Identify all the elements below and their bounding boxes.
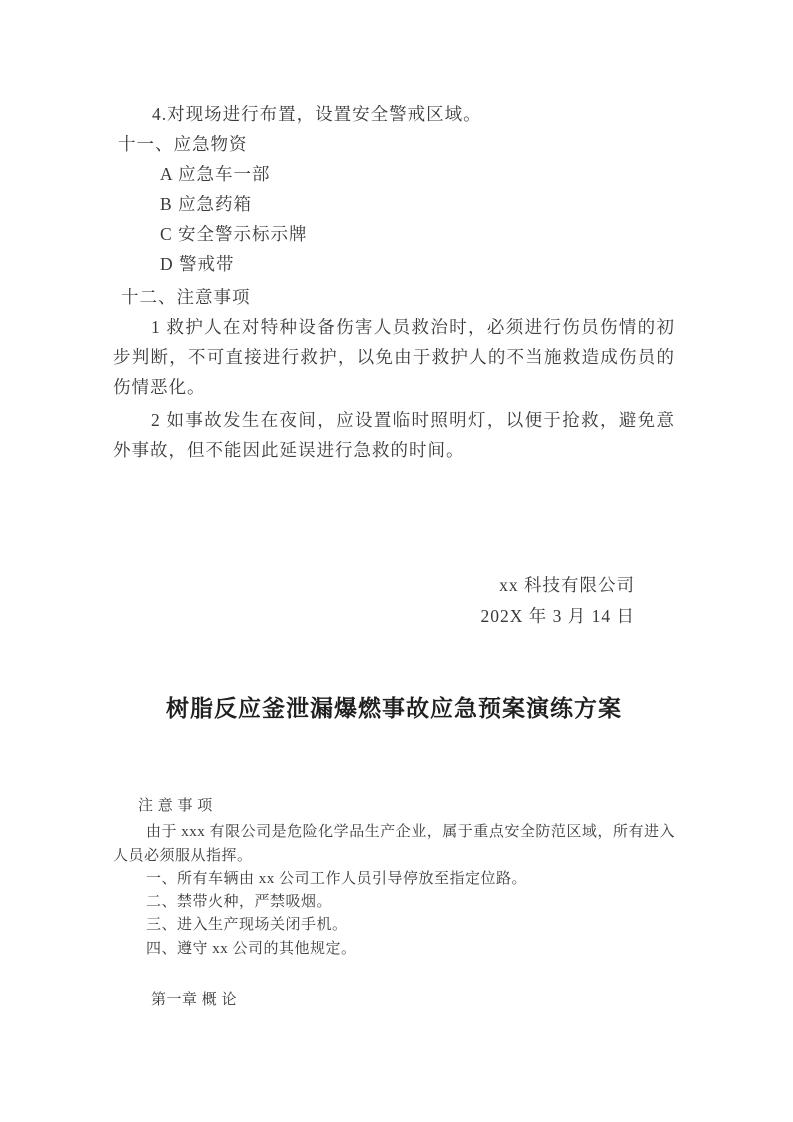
supply-item-b: B 应急药箱 [113,189,675,219]
signature-date: 202X 年 3 月 14 日 [480,601,635,632]
heading-precautions: 十二、注意事项 [113,282,675,312]
rule-item-2: 二、禁带火种，严禁吸烟。 [113,891,675,914]
section-emergency-plan-end: 4.对现场进行布置，设置安全警戒区域。 十一、应急物资 A 应急车一部 B 应急… [113,99,675,465]
step-4-line: 4.对现场进行布置，设置安全警戒区域。 [113,99,675,129]
heading-emergency-supplies: 十一、应急物资 [113,129,675,159]
precaution-note-1: 1 救护人在对特种设备伤害人员救治时，必须进行伤员伤情的初步判断，不可直接进行救… [113,312,675,402]
heading-notes: 注 意 事 项 [113,795,675,818]
page-title: 树脂反应釜泄漏爆燃事故应急预案演练方案 [113,693,675,725]
precaution-note-2: 2 如事故发生在夜间，应设置临时照明灯，以便于抢救，避免意外事故，但不能因此延误… [113,405,675,465]
chapter-one-heading: 第一章 概 论 [113,989,675,1012]
signature-block: xx 科技有限公司 202X 年 3 月 14 日 [480,570,635,632]
supply-item-c: C 安全警示标示牌 [113,219,675,249]
rule-item-3: 三、进入生产现场关闭手机。 [113,914,675,937]
supply-item-d: D 警戒带 [113,249,675,279]
document-page: 4.对现场进行布置，设置安全警戒区域。 十一、应急物资 A 应急车一部 B 应急… [0,0,793,1122]
signature-company: xx 科技有限公司 [480,570,635,601]
supply-item-a: A 应急车一部 [113,159,675,189]
section-drill-plan-start: 注 意 事 项 由于 xxx 有限公司是危险化学品生产企业，属于重点安全防范区域… [113,795,675,1012]
rule-item-1: 一、所有车辆由 xx 公司工作人员引导停放至指定位路。 [113,868,675,891]
rule-item-4: 四、遵守 xx 公司的其他规定。 [113,938,675,961]
notes-intro-paragraph: 由于 xxx 有限公司是危险化学品生产企业，属于重点安全防范区域，所有进入人员必… [113,821,675,868]
